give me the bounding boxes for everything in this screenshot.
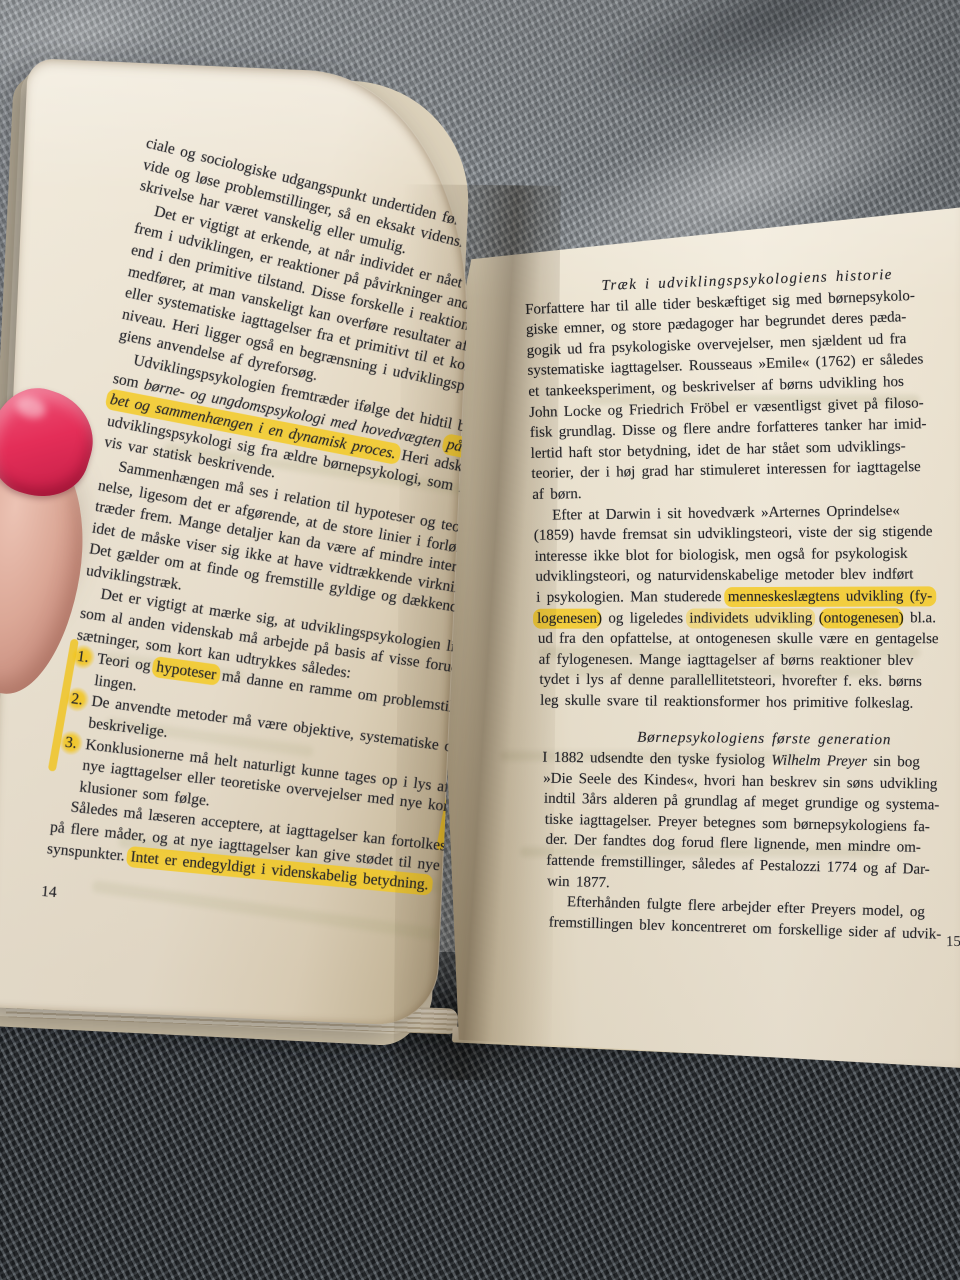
photo-of-open-book: { "scene": { "description": "Photo of an… (0, 0, 960, 1280)
highlighted-text: individets udvikling (686, 608, 815, 628)
bleed-through-mark (500, 751, 800, 761)
text-run: sin bog (867, 754, 920, 771)
page-number-right: 15 (946, 934, 960, 951)
text-run: ud fra den opfattelse, at ontogenesen sk… (538, 631, 939, 647)
text-run: udviklingsteori, og naturvidenskabelige … (535, 567, 913, 585)
text-line: i psykologien. Man studerede menneskeslæ… (536, 586, 960, 608)
highlighted-text: ontogenesen (820, 608, 903, 628)
bleed-through-mark (590, 395, 920, 405)
text-run: (1859) havde fremsat sin udviklingsteori… (534, 524, 933, 544)
text-run: af børn. (532, 486, 581, 503)
highlighted-text: menneskeslægtens udvikling (fy- (724, 586, 936, 607)
text-run: teorier, der i høj grad har stimuleret i… (531, 459, 921, 482)
highlighted-text: logenesen (533, 608, 601, 628)
text-line: interesse ikke blot for biologisk, men o… (535, 543, 960, 567)
text-run: Børnepsykologiens første generation (637, 730, 891, 749)
right-page-text: Træk i udviklingspsykologiens historieFo… (524, 262, 960, 933)
bleed-through-mark (540, 647, 920, 658)
text-line: udviklingsteori, og naturvidenskabelige … (535, 564, 960, 587)
text-line: (1859) havde fremsat sin udviklingsteori… (534, 521, 960, 546)
bleed-through-mark (520, 847, 880, 857)
text-run: ) og ligeledes (597, 610, 689, 626)
text-run: i psykologien. Man studerede (536, 589, 728, 606)
text-run: interesse ikke blot for biologisk, men o… (535, 545, 908, 564)
bleed-through-mark (560, 667, 880, 677)
thumb (0, 380, 130, 690)
text-run: ) bl.a. (899, 610, 936, 626)
text-line: logenesen) og ligeledes individets udvik… (537, 608, 960, 629)
text-run: leg skulle svare til reaktionsformer hos… (540, 693, 913, 712)
text-run: 14 (40, 883, 57, 901)
text-run: win 1877. (547, 873, 610, 891)
section-heading: Børnepsykologiens første generation (541, 711, 960, 752)
text-run: Efter at Darwin i sit hovedværk »Arterne… (533, 503, 900, 524)
right-page: Træk i udviklingspsykologiens historieFo… (440, 195, 960, 1075)
